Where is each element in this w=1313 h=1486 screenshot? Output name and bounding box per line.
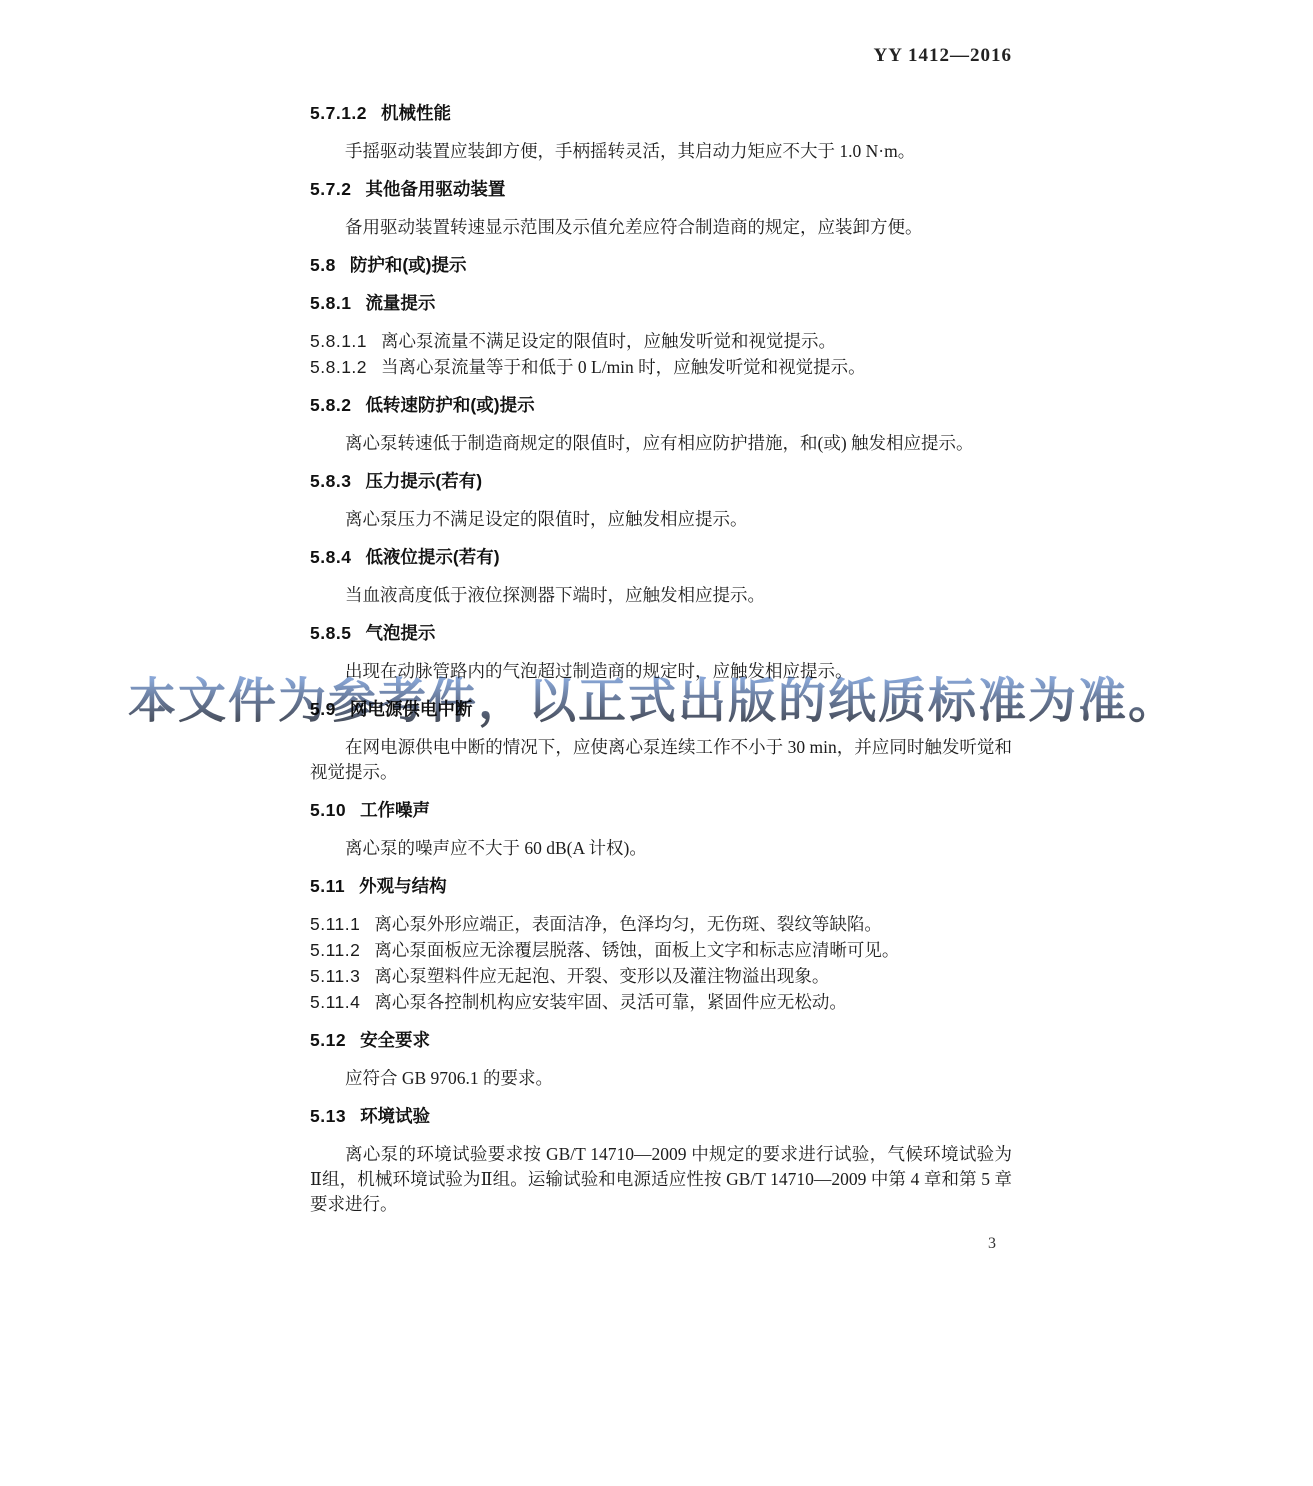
paragraph-text: 离心泵压力不满足设定的限值时，应触发相应提示。 — [345, 509, 748, 529]
section-number: 5.10 — [310, 800, 346, 820]
clause-number: 5.8.1.2 — [310, 357, 367, 377]
clause-text: 离心泵各控制机构应安装牢固、灵活可靠，紧固件应无松动。 — [374, 992, 847, 1012]
paragraph: 应符合 GB 9706.1 的要求。 — [310, 1066, 1012, 1091]
section-heading: 5.12安全要求 — [310, 1028, 1012, 1053]
page-number: 3 — [310, 1235, 1012, 1253]
section-title: 压力提示(若有) — [365, 471, 482, 491]
section-heading: 5.8.5气泡提示 — [310, 621, 1012, 646]
paragraph: 离心泵的环境试验要求按 GB/T 14710—2009 中规定的要求进行试验，气… — [310, 1142, 1012, 1217]
paragraph-text: 当血液高度低于液位探测器下端时，应触发相应提示。 — [345, 585, 765, 605]
numbered-clause: 5.8.1.1离心泵流量不满足设定的限值时，应触发听觉和视觉提示。 — [310, 329, 1012, 354]
clause-text: 离心泵外形应端正，表面洁净，色泽均匀，无伤斑、裂纹等缺陷。 — [374, 914, 882, 934]
section-heading: 5.13环境试验 — [310, 1104, 1012, 1129]
section-number: 5.7.2 — [310, 179, 351, 199]
paragraph-text: 手摇驱动装置应装卸方便，手柄摇转灵活，其启动力矩应不大于 1.0 N·m。 — [345, 141, 915, 161]
section-title: 气泡提示 — [365, 623, 435, 643]
section-heading: 5.9网电源供电中断 — [310, 697, 1012, 722]
paragraph: 在网电源供电中断的情况下，应使离心泵连续工作不小于 30 min，并应同时触发听… — [310, 735, 1012, 785]
section-number: 5.8.5 — [310, 623, 351, 643]
section-heading: 5.8.3压力提示(若有) — [310, 469, 1012, 494]
section-title: 低液位提示(若有) — [365, 547, 499, 567]
paragraph: 离心泵转速低于制造商规定的限值时，应有相应防护措施，和(或) 触发相应提示。 — [310, 431, 1012, 456]
section-heading: 5.8.2低转速防护和(或)提示 — [310, 393, 1012, 418]
paragraph-text: 在网电源供电中断的情况下，应使离心泵连续工作不小于 30 min，并应同时触发听… — [310, 737, 1012, 782]
paragraph-text: 应符合 GB 9706.1 的要求。 — [345, 1068, 553, 1088]
clause-text: 离心泵流量不满足设定的限值时，应触发听觉和视觉提示。 — [381, 331, 836, 351]
section-title: 安全要求 — [360, 1030, 430, 1050]
section-title: 外观与结构 — [359, 876, 447, 896]
section-number: 5.8.3 — [310, 471, 351, 491]
clause-text: 当离心泵流量等于和低于 0 L/min 时，应触发听觉和视觉提示。 — [381, 357, 866, 377]
paragraph-text: 离心泵的环境试验要求按 GB/T 14710—2009 中规定的要求进行试验，气… — [310, 1144, 1012, 1214]
numbered-clause: 5.11.2离心泵面板应无涂覆层脱落、锈蚀，面板上文字和标志应清晰可见。 — [310, 938, 1012, 963]
paragraph: 离心泵压力不满足设定的限值时，应触发相应提示。 — [310, 507, 1012, 532]
section-heading: 5.10工作噪声 — [310, 798, 1012, 823]
section-heading: 5.7.2其他备用驱动装置 — [310, 177, 1012, 202]
section-heading: 5.8.1流量提示 — [310, 291, 1012, 316]
numbered-clause: 5.11.4离心泵各控制机构应安装牢固、灵活可靠，紧固件应无松动。 — [310, 990, 1012, 1015]
clause-number: 5.11.4 — [310, 992, 360, 1012]
section-heading: 5.8防护和(或)提示 — [310, 253, 1012, 278]
clause-number: 5.11.1 — [310, 914, 360, 934]
numbered-clause: 5.8.1.2当离心泵流量等于和低于 0 L/min 时，应触发听觉和视觉提示。 — [310, 355, 1012, 380]
paragraph: 当血液高度低于液位探测器下端时，应触发相应提示。 — [310, 583, 1012, 608]
section-title: 网电源供电中断 — [350, 699, 473, 719]
paragraph: 离心泵的噪声应不大于 60 dB(A 计权)。 — [310, 836, 1012, 861]
paragraph-text: 备用驱动装置转速显示范围及示值允差应符合制造商的规定，应装卸方便。 — [345, 217, 923, 237]
section-heading: 5.7.1.2机械性能 — [310, 101, 1012, 126]
section-title: 防护和(或)提示 — [350, 255, 467, 275]
standard-number-header: YY 1412—2016 — [310, 45, 1012, 67]
numbered-clause: 5.11.1离心泵外形应端正，表面洁净，色泽均匀，无伤斑、裂纹等缺陷。 — [310, 912, 1012, 937]
clause-text: 离心泵塑料件应无起泡、开裂、变形以及灌注物溢出现象。 — [374, 966, 829, 986]
numbered-clause: 5.11.3离心泵塑料件应无起泡、开裂、变形以及灌注物溢出现象。 — [310, 964, 1012, 989]
paragraph: 备用驱动装置转速显示范围及示值允差应符合制造商的规定，应装卸方便。 — [310, 215, 1012, 240]
section-number: 5.11 — [310, 876, 345, 896]
document-body: 5.7.1.2机械性能 手摇驱动装置应装卸方便，手柄摇转灵活，其启动力矩应不大于… — [310, 101, 1012, 1217]
clause-number: 5.11.2 — [310, 940, 360, 960]
section-title: 机械性能 — [381, 103, 451, 123]
paragraph-text: 离心泵的噪声应不大于 60 dB(A 计权)。 — [345, 838, 647, 858]
section-number: 5.8 — [310, 255, 336, 275]
section-number: 5.9 — [310, 699, 336, 719]
clause-number: 5.8.1.1 — [310, 331, 367, 351]
content-column: YY 1412—2016 5.7.1.2机械性能 手摇驱动装置应装卸方便，手柄摇… — [310, 0, 1012, 1253]
clause-number: 5.11.3 — [310, 966, 360, 986]
section-title: 其他备用驱动装置 — [365, 179, 505, 199]
paragraph: 手摇驱动装置应装卸方便，手柄摇转灵活，其启动力矩应不大于 1.0 N·m。 — [310, 139, 1012, 164]
section-heading: 5.11外观与结构 — [310, 874, 1012, 899]
paragraph-text: 离心泵转速低于制造商规定的限值时，应有相应防护措施，和(或) 触发相应提示。 — [345, 433, 974, 453]
section-title: 低转速防护和(或)提示 — [365, 395, 534, 415]
section-heading: 5.8.4低液位提示(若有) — [310, 545, 1012, 570]
section-number: 5.13 — [310, 1106, 346, 1126]
document-page: 本文件为参考件，以正式出版的纸质标准为准。 YY 1412—2016 5.7.1… — [0, 0, 1313, 1486]
section-number: 5.12 — [310, 1030, 346, 1050]
section-number: 5.8.1 — [310, 293, 351, 313]
section-number: 5.7.1.2 — [310, 103, 367, 123]
section-number: 5.8.2 — [310, 395, 351, 415]
section-title: 流量提示 — [365, 293, 435, 313]
section-title: 工作噪声 — [360, 800, 430, 820]
paragraph-text: 出现在动脉管路内的气泡超过制造商的规定时，应触发相应提示。 — [345, 661, 853, 681]
section-number: 5.8.4 — [310, 547, 351, 567]
paragraph: 出现在动脉管路内的气泡超过制造商的规定时，应触发相应提示。 — [310, 659, 1012, 684]
clause-text: 离心泵面板应无涂覆层脱落、锈蚀，面板上文字和标志应清晰可见。 — [374, 940, 899, 960]
section-title: 环境试验 — [360, 1106, 430, 1126]
